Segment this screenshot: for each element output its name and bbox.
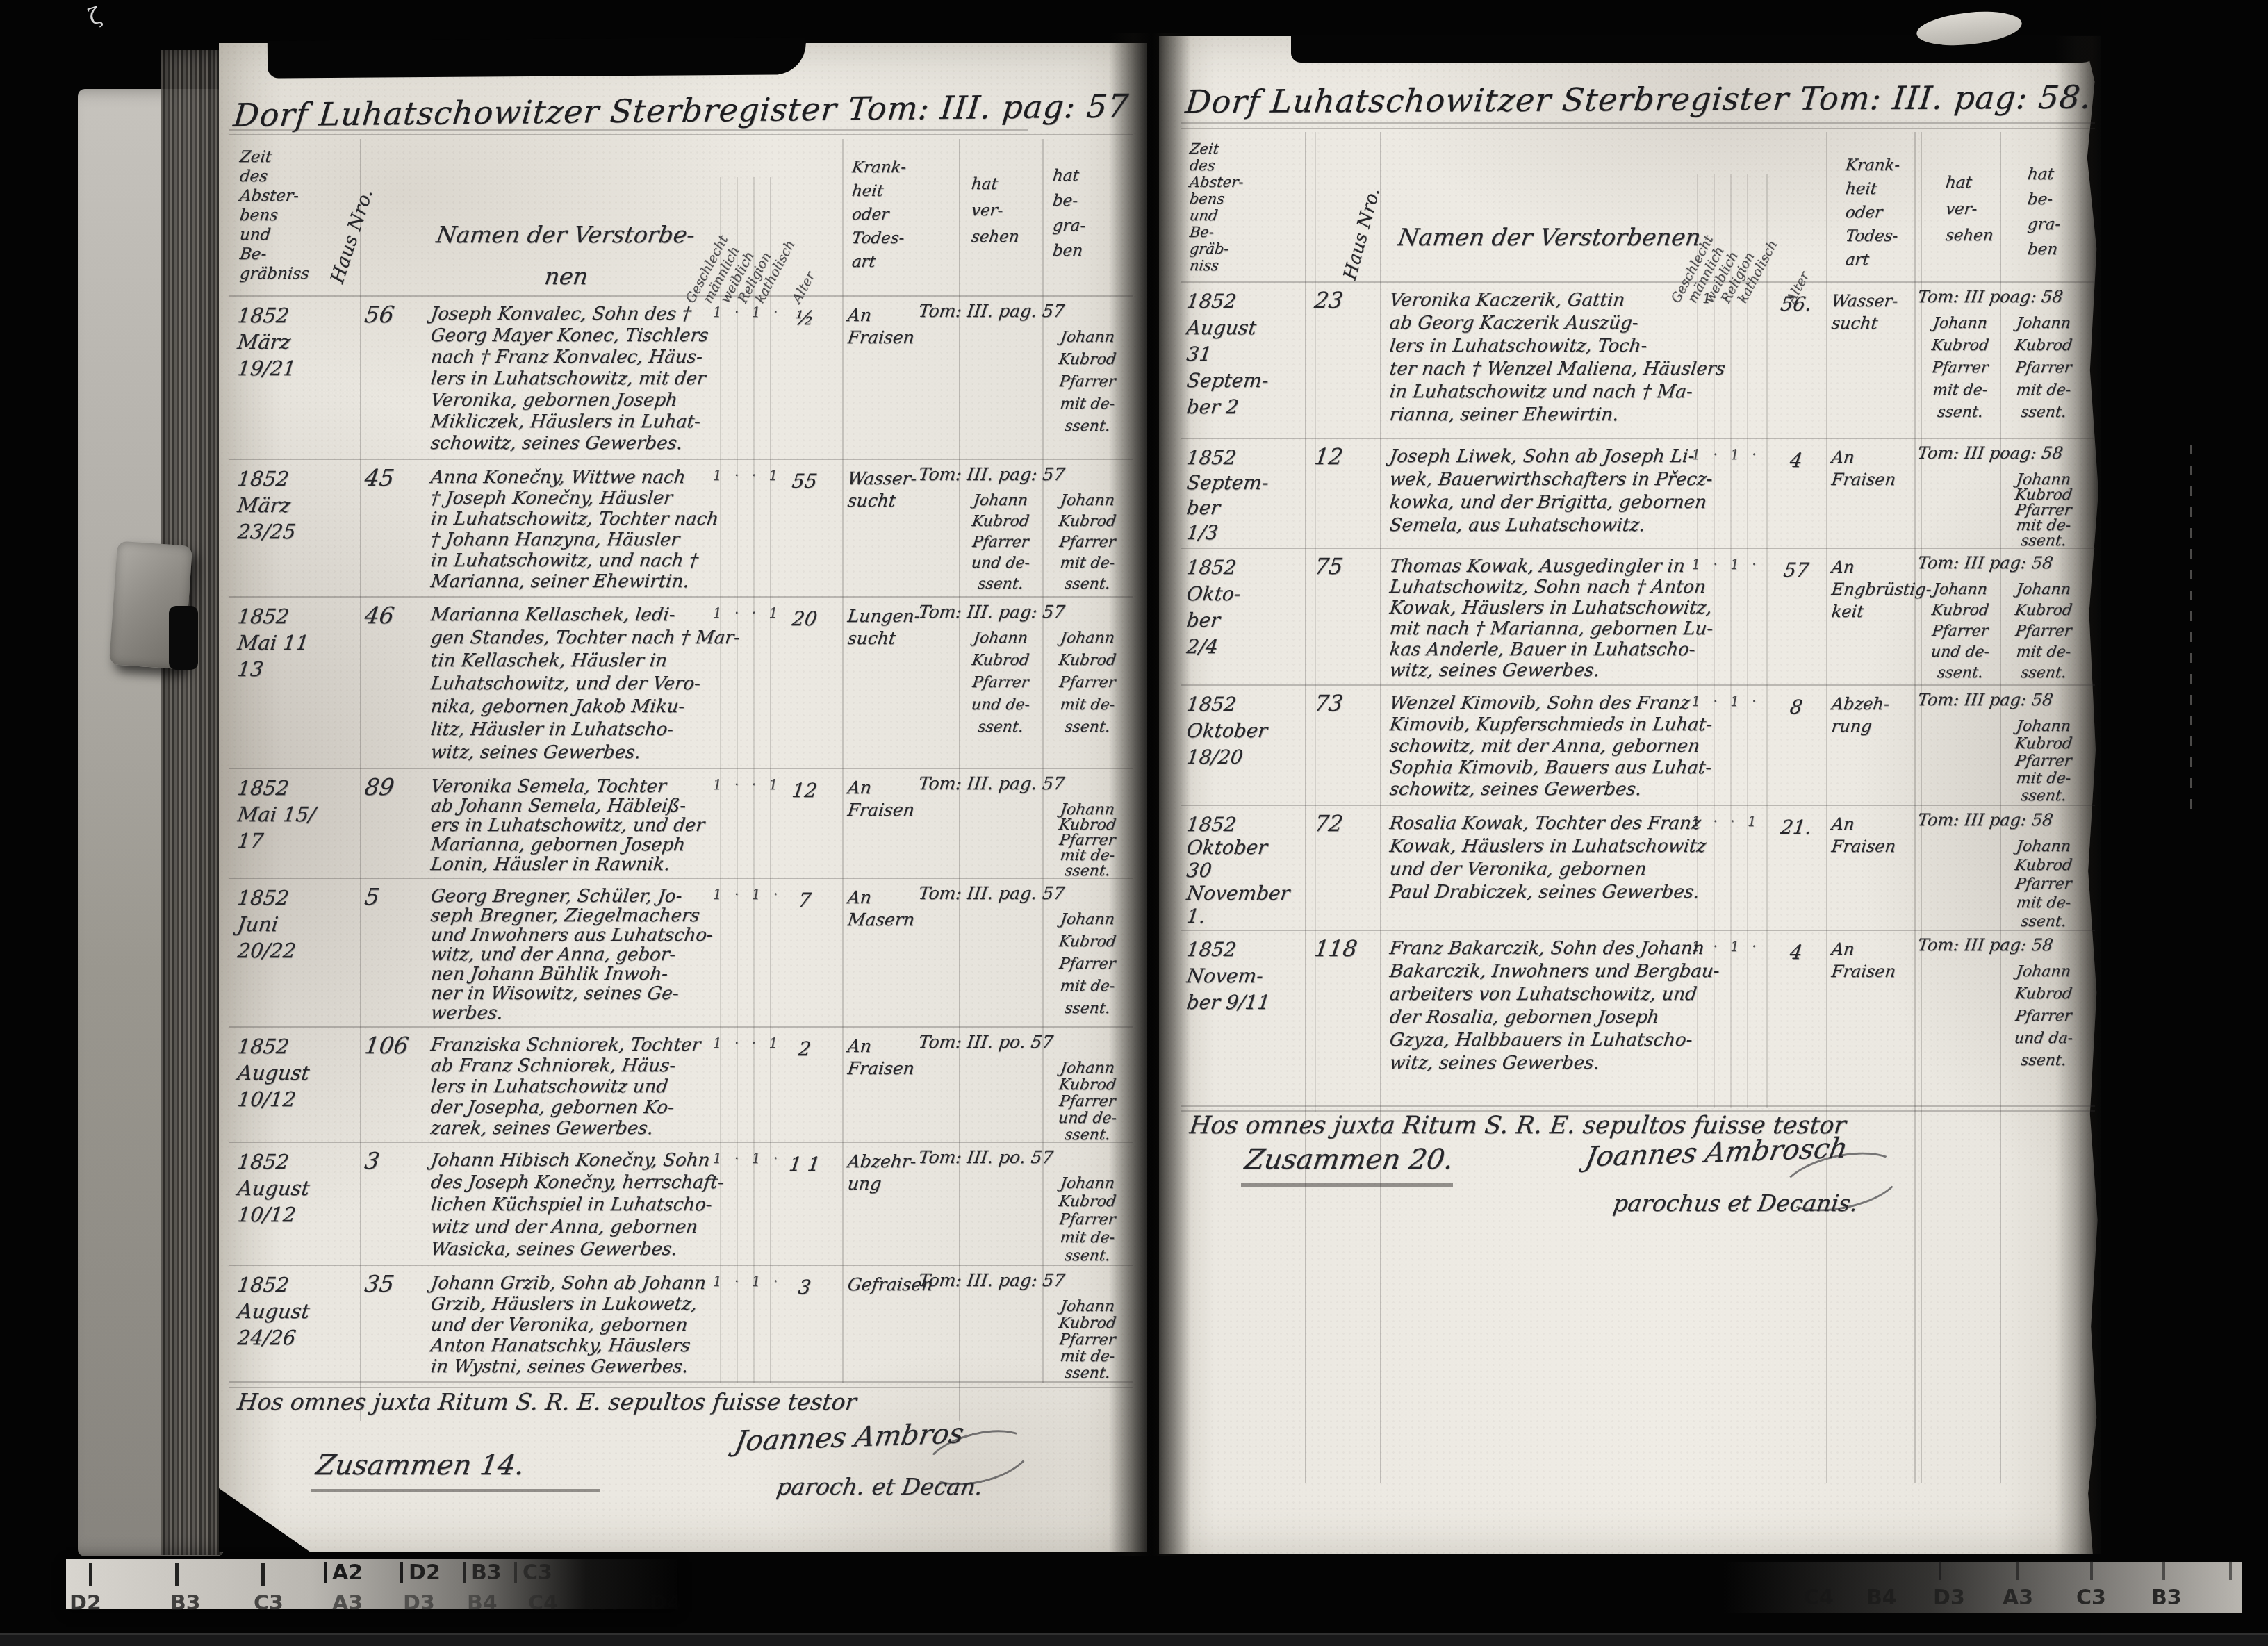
entry-name-text: Georg Mayer Konec, Tischlers — [429, 325, 709, 346]
entry-date: August — [236, 1176, 311, 1200]
entry-sex-religion-marks: 1 · 1 · — [1687, 446, 1765, 463]
entry-name-text: kas Anderle, Bauer in Luhatscho- — [1388, 639, 1696, 660]
clasp-shadow-notch — [169, 606, 198, 670]
cause-column-header: heit — [850, 182, 884, 200]
entry-name-text: Mikliczek, Häuslers in Luhat- — [429, 411, 702, 432]
entry-begraben-priest: mit de- — [2000, 770, 2087, 787]
entry-name-text: ter nach † Wenzel Maliena, Häuslers — [1388, 359, 1726, 379]
entry-name-text: Luhatschowitz, und der Vero- — [429, 673, 702, 694]
entry-name-text: zarek, seines Gewerbes. — [429, 1118, 655, 1139]
entry-name-text: Paul Drabiczek, seines Gewerbes. — [1388, 882, 1700, 903]
column-rule — [1914, 132, 1916, 1483]
ruler-label: D2 — [409, 1561, 441, 1585]
entry-begraben-priest: Kubrod — [1044, 1076, 1131, 1094]
ruler-label: A3 — [2003, 1586, 2033, 1610]
entry-begraben-priest: Johann — [1044, 1298, 1131, 1315]
entry-begraben-priest: mit de- — [1044, 554, 1131, 572]
entry-tom-reference: Tom: III pag: 58 — [1916, 935, 2092, 955]
entry-tom-reference: Tom: III. po. 57 — [917, 1032, 1133, 1052]
entry-name-text: † Joseph Konečny, Häusler — [429, 488, 673, 509]
begraben-column-header: hat — [2026, 165, 2055, 183]
entry-sex-religion-marks: 1 · · 1 — [713, 776, 774, 793]
entry-name-text: Georg Bregner, Schüler, Jo- — [429, 886, 683, 907]
entry-begraben-priest: mit de- — [1044, 1348, 1131, 1365]
entry-begraben-priest: ssent. — [1044, 575, 1131, 593]
entry-begraben-priest: Pfarrer — [1044, 1211, 1131, 1228]
entry-sex-religion-marks: 1 · 1 · — [1687, 938, 1765, 955]
entry-name-text: Marianna, seiner Ehewirtin. — [429, 571, 690, 592]
ruler-tick — [89, 1563, 92, 1586]
entry-tom-reference: Tom: III. pag. 57 — [917, 773, 1133, 793]
entry-versehen-priest: Johann — [1921, 581, 1999, 598]
ruler-tick — [2162, 1561, 2165, 1580]
entry-sex-religion-marks: 1 · 1 · — [713, 886, 774, 903]
entry-name-text: in Luhatschowitz, Tochter nach — [429, 509, 720, 529]
entry-date: ber 2 — [1185, 395, 1240, 418]
entry-cause-of-death: keit — [1830, 602, 1865, 621]
entry-begraben-priest: mit de- — [2000, 643, 2087, 661]
entry-date: 1852 — [236, 776, 290, 800]
entry-name-text: arbeiters von Luhatschowitz, und — [1388, 984, 1698, 1005]
entry-name-text: ab Franz Schniorek, Häus- — [429, 1055, 677, 1076]
entry-begraben-priest: ssent. — [1044, 418, 1131, 435]
entry-name-text: Semela, aus Luhatschowitz. — [1388, 515, 1646, 536]
entry-begraben-priest: Johann — [2000, 718, 2087, 735]
entry-name-text: werbes. — [429, 1003, 504, 1023]
begraben-column-header: ben — [2026, 240, 2058, 258]
entry-name-text: lichen Küchspiel in Luhatscho- — [429, 1194, 713, 1215]
entry-date: März — [236, 330, 292, 354]
row-rule — [229, 134, 1133, 135]
entry-date: 1852 — [1185, 290, 1238, 313]
entry-cause-of-death: Lungen- — [846, 606, 921, 626]
entry-begraben-priest: und de- — [1044, 1110, 1131, 1127]
entry-name-text: ab Georg Kaczerik Auszüg- — [1388, 313, 1639, 334]
entry-name-text: lers in Luhatschowitz und — [429, 1076, 669, 1097]
entry-name-text: der Rosalia, gebornen Joseph — [1388, 1007, 1660, 1028]
entry-begraben-priest: Johann — [1044, 1175, 1131, 1192]
entry-begraben-priest: Johann — [1044, 492, 1131, 509]
entry-date: 1852 — [236, 886, 290, 910]
entry-age: 21. — [1767, 816, 1826, 839]
entry-name-text: Lonin, Häusler in Rawnik. — [429, 854, 671, 875]
entry-name-text: Kowak, Häuslers in Luhatschowitz, — [1388, 598, 1713, 618]
entry-begraben-priest: ssent. — [1044, 1247, 1131, 1265]
entry-versehen-priest: und de- — [960, 554, 1040, 572]
ruler-tick — [2090, 1561, 2093, 1580]
row-rule — [229, 1387, 1133, 1388]
ruler-label: D3 — [1933, 1586, 1965, 1610]
entry-versehen-priest: Johann — [1921, 315, 1999, 332]
entry-date: November — [1185, 882, 1291, 905]
entry-cause-of-death: sucht — [1830, 313, 1879, 333]
entry-begraben-priest: ssent. — [1044, 718, 1131, 736]
entry-begraben-priest: Kubrod — [2000, 602, 2087, 619]
entry-age: 7 — [769, 889, 841, 912]
ruler-label: C3 — [254, 1591, 283, 1615]
date-column-header: Zeit — [1189, 140, 1220, 157]
entry-date: August — [236, 1299, 311, 1323]
ruler-strip-left — [66, 1559, 677, 1609]
column-rule — [360, 139, 361, 1421]
entry-begraben-priest: Kubrod — [1044, 933, 1131, 950]
entry-date: Okto- — [1185, 582, 1242, 605]
entry-name-text: Bakarczik, Inwohners und Bergbau- — [1388, 961, 1720, 982]
entry-age: 8 — [1767, 696, 1826, 718]
entry-date: Juni — [236, 912, 279, 936]
entry-name-text: † Johann Hanzyna, Häusler — [429, 529, 681, 550]
entry-age: 57 — [1767, 559, 1826, 582]
entry-versehen-priest: Kubrod — [960, 652, 1040, 669]
column-rule — [2000, 132, 2001, 1483]
entry-begraben-priest: ssent. — [2000, 1052, 2087, 1069]
row-rule — [1181, 805, 2095, 806]
entry-cause-of-death: Fraisen — [846, 1058, 915, 1078]
entry-cause-of-death: An — [1830, 939, 1855, 959]
entry-age: 1 1 — [769, 1153, 841, 1176]
entry-name-text: nach † Franz Konvalec, Häus- — [429, 347, 704, 368]
entry-date: 18/20 — [1185, 746, 1244, 768]
entry-name-text: Thomas Kowak, Ausgedingler in — [1388, 556, 1686, 577]
entry-begraben-priest: Johann — [1044, 911, 1131, 928]
total-count-57: Zusammen 14. — [313, 1449, 527, 1481]
entry-name-text: Marianna, gebornen Joseph — [429, 834, 687, 855]
entry-name-text: in Luhatschowitz und nach † Ma- — [1388, 381, 1693, 402]
entry-begraben-priest: Johann — [2000, 315, 2087, 332]
entry-tom-reference: Tom: III. pag. 57 — [917, 883, 1133, 903]
entry-begraben-priest: Kubrod — [1044, 1193, 1131, 1210]
begraben-column-header: ben — [1051, 242, 1083, 260]
entry-date: 1. — [1185, 905, 1207, 928]
entry-sex-religion-marks: 1 · 1 · — [1687, 693, 1765, 709]
entry-date: 1852 — [236, 304, 290, 327]
entry-begraben-priest: Kubrod — [2000, 985, 2087, 1003]
entry-name-text: lers in Luhatschowitz, mit der — [429, 368, 707, 389]
entry-name-text: Wasicka, seines Gewerbes. — [429, 1239, 678, 1260]
entry-versehen-priest: Johann — [960, 629, 1040, 647]
entry-cause-of-death: Engbrüstig- — [1830, 579, 1932, 599]
entry-name-text: witz, und der Anna, gebor- — [429, 944, 677, 965]
versehen-column-header: ver- — [970, 201, 1004, 220]
entry-name-text: Kowak, Häuslers in Luhatschowitz — [1388, 836, 1707, 857]
entry-begraben-priest: Johann — [1044, 629, 1131, 647]
entry-begraben-priest: Pfarrer — [2000, 1007, 2087, 1025]
ruler-label: D4 — [650, 1591, 682, 1615]
row-rule — [229, 459, 1133, 460]
entry-date: 1852 — [1185, 556, 1238, 579]
entry-house-number: 56 — [363, 301, 395, 328]
entry-date: 10/12 — [236, 1087, 297, 1111]
row-rule — [229, 1026, 1133, 1028]
entry-tom-reference: Tom: III pag: 58 — [1916, 553, 2092, 573]
entry-cause-of-death: Masern — [846, 910, 916, 930]
name-column-header-58: Namen der Verstorbenen — [1396, 224, 1702, 252]
entry-begraben-priest: Pfarrer — [1044, 534, 1131, 551]
entry-begraben-priest: Kubrod — [1044, 513, 1131, 530]
date-column-header: Be- — [238, 245, 267, 263]
ruler-tick — [2229, 1561, 2232, 1580]
entry-begraben-priest: ssent. — [2000, 664, 2087, 682]
entry-date: Oktober — [1185, 836, 1269, 859]
entry-name-text: kowka, und der Brigitta, gebornen — [1388, 492, 1708, 513]
entry-versehen-priest: Pfarrer — [960, 674, 1040, 691]
entry-date: 1852 — [236, 1273, 290, 1297]
versehen-column-header: hat — [970, 175, 999, 193]
date-column-header: des — [1189, 157, 1217, 174]
row-rule — [1181, 548, 2095, 549]
entry-name-text: seph Bregner, Ziegelmachers — [429, 905, 701, 926]
date-column-header: und — [1189, 207, 1219, 224]
entry-name-text: witz, seines Gewerbes. — [429, 742, 642, 763]
entry-name-text: Anna Konečny, Wittwe nach — [429, 467, 687, 488]
entry-begraben-priest: Pfarrer — [2000, 623, 2087, 640]
entry-age: 2 — [769, 1037, 841, 1060]
entry-versehen-priest: Johann — [960, 492, 1040, 509]
entry-versehen-priest: Pfarrer — [960, 534, 1040, 551]
entry-versehen-priest: Pfarrer — [1921, 359, 1999, 377]
entry-sex-religion-marks: 1 · · 1 — [713, 1035, 774, 1051]
entry-begraben-priest: Pfarrer — [2000, 875, 2087, 893]
entry-versehen-priest: und de- — [960, 696, 1040, 714]
entry-begraben-priest: Pfarrer — [1044, 674, 1131, 691]
entry-house-number: 75 — [1313, 553, 1345, 579]
entry-begraben-priest: ssent. — [2000, 404, 2087, 421]
cause-column-header: heit — [1844, 180, 1877, 198]
entry-age: ½ — [769, 306, 841, 329]
entry-name-text: witz, seines Gewerbes. — [1388, 660, 1601, 681]
entry-house-number: 12 — [1313, 443, 1345, 470]
entry-begraben-priest: Kubrod — [2000, 337, 2087, 354]
cause-column-header: Todes- — [850, 229, 905, 247]
entry-tom-reference: Tom: III. pag: 57 — [917, 464, 1133, 484]
entry-cause-of-death: Wasser- — [1830, 291, 1899, 311]
date-column-header: niss — [1189, 257, 1220, 274]
entry-name-text: ers in Luhatschowitz, und der — [429, 815, 706, 836]
date-column-header: gräb- — [1189, 240, 1230, 257]
entry-cause-of-death: Fraisen — [846, 327, 915, 347]
row-rule — [1181, 128, 2095, 129]
entry-tom-reference: Tom: III pag: 58 — [1916, 690, 2092, 709]
row-rule — [229, 1142, 1133, 1143]
name-column-header-57-line1: Namen der Verstorbe- — [434, 221, 696, 248]
row-rule — [1181, 684, 2095, 686]
entry-cause-of-death: An — [846, 1036, 873, 1056]
entry-house-number: 46 — [363, 602, 395, 629]
ruler-tick — [1939, 1561, 1941, 1580]
entry-name-text: Rosalia Kowak, Tochter des Franz — [1388, 813, 1702, 834]
entry-name-text: Johann Grzib, Sohn ab Johann — [429, 1273, 707, 1294]
entry-begraben-priest: Pfarrer — [2000, 359, 2087, 377]
cause-column-header: oder — [1844, 204, 1883, 222]
row-rule — [229, 1381, 1133, 1383]
entry-name-text: der Josepha, gebornen Ko- — [429, 1097, 675, 1118]
ruler-tick — [175, 1563, 179, 1586]
entry-name-text: witz und der Anna, gebornen — [429, 1217, 699, 1237]
entry-name-text: Franz Bakarczik, Sohn des Johann — [1388, 938, 1705, 959]
entry-name-text: Joseph Liwek, Sohn ab Joseph Li- — [1388, 446, 1695, 467]
entry-name-text: des Joseph Konečny, herrschaft- — [429, 1172, 725, 1193]
entry-date: 17 — [236, 829, 265, 853]
film-top-shadow-left — [268, 37, 806, 78]
entry-house-number: 118 — [1313, 935, 1358, 962]
entry-versehen-priest: Kubrod — [1921, 337, 1999, 354]
entry-begraben-priest: Kubrod — [2000, 857, 2087, 874]
entry-begraben-priest: Kubrod — [1044, 1315, 1131, 1332]
entry-name-text: Luhatschowitz, Sohn nach † Anton — [1388, 577, 1707, 598]
entry-sex-religion-marks: 1 · · 1 — [713, 604, 774, 621]
entry-begraben-priest: Johann — [2000, 581, 2087, 598]
entry-date: ber 9/11 — [1185, 991, 1272, 1014]
entry-versehen-priest: ssent. — [1921, 404, 1999, 421]
entry-begraben-priest: Johann — [1044, 1060, 1131, 1077]
entry-begraben-priest: und da- — [2000, 1030, 2087, 1047]
entry-versehen-priest: Pfarrer — [1921, 623, 1999, 640]
entry-cause-of-death: Wasser- — [846, 468, 918, 488]
ruler-label: B4 — [467, 1591, 498, 1615]
entry-name-text: Marianna Kellaschek, ledi- — [429, 604, 676, 625]
entry-date: Septem- — [1185, 369, 1270, 392]
ruler-label: D3 — [403, 1591, 435, 1615]
entry-name-text: Veronika Semela, Tochter — [429, 776, 667, 797]
entry-name-text: Johann Hibisch Konečny, Sohn — [429, 1150, 711, 1171]
entry-begraben-priest: mit de- — [1044, 978, 1131, 995]
cause-column-header: Todes- — [1844, 227, 1899, 245]
entry-sex-religion-marks: 1 · · 1 — [1687, 813, 1765, 830]
entry-begraben-priest: ssent. — [2000, 532, 2087, 550]
total-count-58: Zusammen 20. — [1242, 1144, 1456, 1176]
entry-name-text: gen Standes, Tochter nach † Mar- — [429, 627, 741, 648]
entry-cause-of-death: Fraisen — [1830, 962, 1897, 981]
entry-name-text: Anton Hanatschky, Häuslers — [429, 1335, 691, 1356]
entry-name-text: Grzib, Häuslers in Lukowetz, — [429, 1294, 698, 1315]
entry-cause-of-death: sucht — [846, 628, 897, 648]
row-rule — [1181, 1105, 2095, 1107]
entry-begraben-priest: mit de- — [1044, 1229, 1131, 1246]
entry-versehen-priest: ssent. — [960, 718, 1040, 736]
entry-name-text: und der Veronika, gebornen — [1388, 859, 1647, 880]
entry-name-text: witz, seines Gewerbes. — [1388, 1053, 1601, 1073]
entry-begraben-priest: mit de- — [2000, 894, 2087, 912]
row-rule — [229, 295, 1133, 297]
entry-age: 20 — [769, 607, 841, 630]
total-underline-58 — [1241, 1183, 1453, 1187]
entry-begraben-priest: Johann — [2000, 963, 2087, 980]
entry-house-number: 45 — [363, 464, 395, 491]
entry-date: ber — [1185, 496, 1222, 519]
entry-name-text: in Wystni, seines Gewerbes. — [429, 1356, 689, 1377]
row-rule — [229, 129, 1028, 131]
entry-house-number: 23 — [1313, 287, 1345, 313]
entry-name-text: Joseph Konvalec, Sohn des † — [429, 304, 692, 324]
column-rule — [1826, 132, 1827, 1483]
row-rule — [229, 1265, 1133, 1266]
entry-name-text: wek, Bauerwirthschafters in Přecz- — [1388, 469, 1714, 490]
ruler-label: C4 — [528, 1591, 558, 1615]
entry-tom-reference: Tom: III. po. 57 — [917, 1147, 1133, 1167]
column-rule — [1042, 139, 1044, 1383]
date-column-header: bens — [1189, 190, 1226, 207]
ruler-tick — [463, 1562, 466, 1583]
entry-name-text: ner in Wisowitz, seines Ge- — [429, 983, 680, 1004]
entry-date: Septem- — [1185, 471, 1270, 494]
total-underline-57 — [311, 1489, 600, 1492]
entry-date: Mai 15/ — [236, 803, 317, 826]
cause-column-header: art — [850, 253, 876, 271]
column-rule — [1305, 132, 1306, 1483]
entry-versehen-priest: ssent. — [960, 575, 1040, 593]
entry-date: Novem- — [1185, 964, 1265, 987]
ruler-label: A3 — [332, 1591, 363, 1615]
entry-date: Mai 11 — [236, 631, 311, 655]
entry-date: Oktober — [1185, 719, 1269, 742]
entry-date: 10/12 — [236, 1203, 297, 1226]
entry-house-number: 35 — [363, 1270, 395, 1297]
entry-name-text: nika, gebornen Jakob Miku- — [429, 696, 686, 717]
entry-date: 24/26 — [236, 1326, 297, 1349]
entry-date: März — [236, 493, 292, 517]
versehen-column-header: hat — [1944, 174, 1973, 192]
date-column-header: Zeit — [238, 148, 272, 166]
ruler-label: B3 — [170, 1591, 201, 1615]
entry-begraben-priest: mit de- — [1044, 395, 1131, 413]
column-rule — [1315, 132, 1316, 1112]
entry-house-number: 106 — [363, 1032, 410, 1059]
entry-date: 1/3 — [1185, 521, 1219, 544]
begraben-column-header: be- — [2026, 190, 2053, 208]
entry-sex-religion-marks: 1 · 1 · — [1687, 556, 1765, 573]
entry-date: 1852 — [236, 467, 290, 491]
entry-date: 30 — [1185, 859, 1213, 882]
entry-begraben-priest: Kubrod — [2000, 735, 2087, 752]
entry-name-text: und der Veronika, gebornen — [429, 1315, 689, 1335]
date-column-header: bens — [238, 206, 279, 224]
ruler-label: D2 — [69, 1591, 101, 1615]
ruler-label: C3 — [2076, 1586, 2106, 1610]
row-rule — [1181, 281, 2095, 283]
entry-date: 1852 — [1185, 446, 1238, 469]
ruler-tick — [514, 1562, 517, 1583]
versehen-column-header: sehen — [970, 228, 1020, 246]
ruler-label: A2 — [332, 1561, 363, 1585]
entry-versehen-priest: und de- — [1921, 643, 1999, 661]
entry-name-text: schowitz, seines Gewerbes. — [1388, 779, 1643, 800]
entry-date: 2/4 — [1185, 635, 1219, 658]
entry-tom-reference: Tom: III pag: 58 — [1916, 810, 2092, 830]
entry-name-text: ab Johann Semela, Häbleiß- — [429, 796, 687, 816]
row-rule — [1181, 1110, 2095, 1112]
column-rule — [1747, 174, 1748, 1108]
film-scratch — [2190, 445, 2192, 813]
microfilm-scan: ζ Dorf Luhatschowitzer Sterbregister Tom… — [0, 0, 2268, 1646]
entry-cause-of-death: sucht — [846, 491, 897, 511]
entry-begraben-priest: ssent. — [1044, 1365, 1131, 1382]
entry-age: 56. — [1767, 293, 1826, 315]
entry-sex-religion-marks: 1 · · — [1687, 290, 1765, 306]
entry-date: 23/25 — [236, 520, 297, 543]
entry-cause-of-death: An — [846, 305, 873, 325]
entry-begraben-priest: Pfarrer — [1044, 373, 1131, 390]
ruler-label: B3 — [2151, 1586, 2182, 1610]
entry-date: ber — [1185, 609, 1222, 632]
entry-name-text: Gzyza, Halbbauers in Luhatscho- — [1388, 1030, 1693, 1051]
ruler-label: C3 — [523, 1561, 552, 1585]
entry-name-text: Sophia Kimovib, Bauers aus Luhat- — [1388, 757, 1713, 778]
entry-age: 4 — [1767, 941, 1826, 964]
ruler-tick — [2016, 1561, 2019, 1580]
entry-versehen-priest: ssent. — [1921, 664, 1999, 682]
page-title-58: Dorf Luhatschowitzer Sterbregister Tom: … — [1183, 79, 2093, 121]
column-rule — [1380, 132, 1381, 1483]
